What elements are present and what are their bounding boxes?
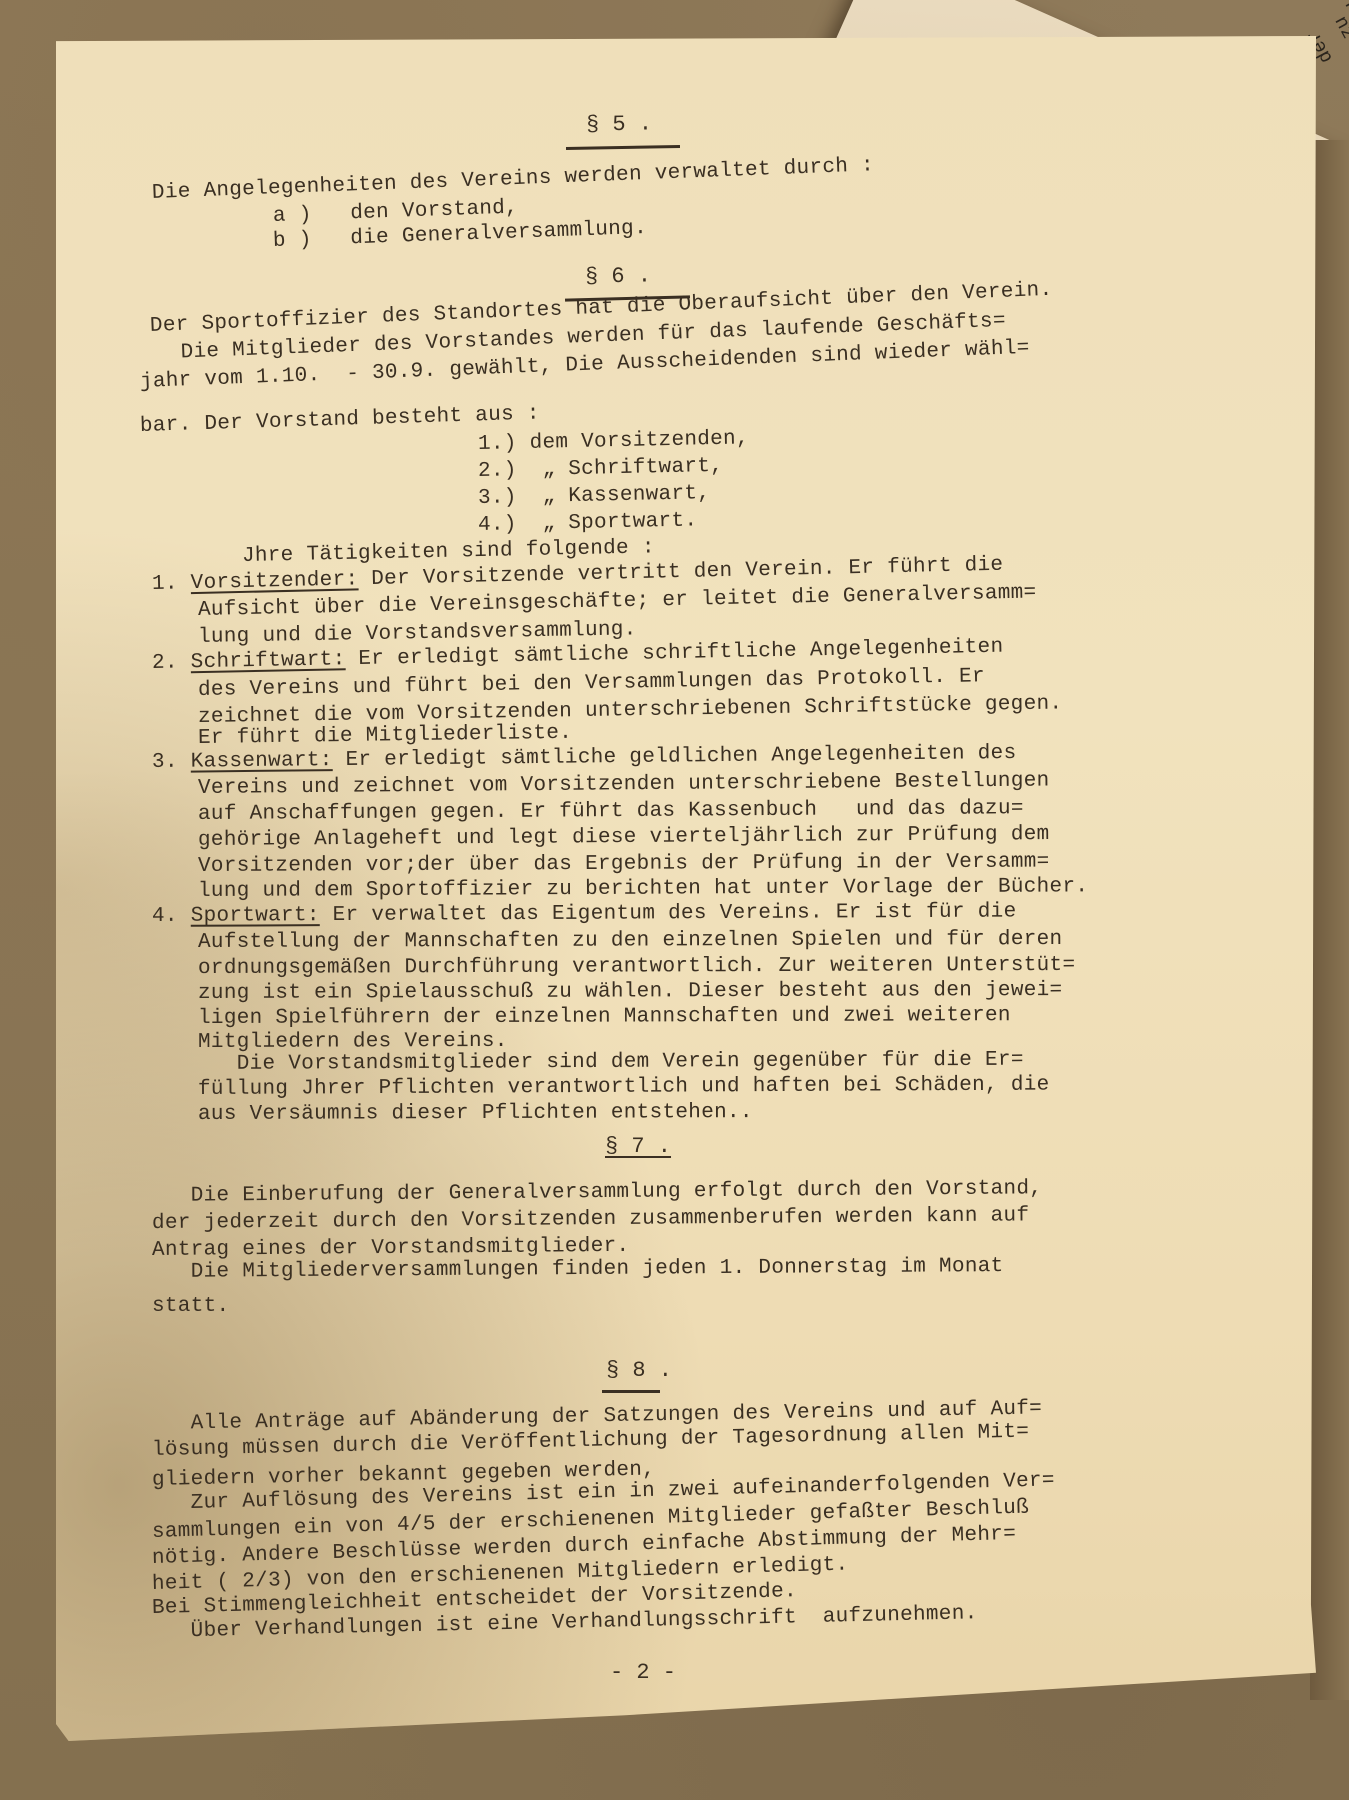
section-6-closing-line: füllung Jhrer Pflichten verantwortlich u… [198, 1075, 1050, 1100]
duty-line: ligen Spielführern der einzelnen Mannsch… [198, 1005, 1011, 1029]
background-paper-word: zu [1331, 13, 1349, 42]
duty-title: Kassenwart: [191, 749, 333, 773]
duty-line: Aufstellung der Mannschaften zu den einz… [198, 929, 1063, 953]
board-member-item: 1.) dem Vorsitzenden, [478, 428, 749, 455]
duty-line: Mitgliedern des Vereins. [198, 1031, 508, 1053]
board-member-item: 2.) „ Schriftwart, [478, 456, 724, 482]
section-8-heading: § 8 . [606, 1358, 672, 1383]
section-7-heading: § 7 . [605, 1134, 671, 1159]
section-8-rule [602, 1390, 660, 1393]
section-6-heading: § 6 . [585, 263, 651, 289]
duty-line: lung und dem Sportoffizier zu berichten … [198, 876, 1088, 902]
duty-number: 2. [152, 652, 178, 675]
background-paper-word: der [1334, 0, 1349, 14]
duty-line: ordnungsgemäßen Durchführung verantwortl… [198, 955, 1075, 979]
page-number: - 2 - [610, 1660, 676, 1685]
duty-title: Sportwart: [191, 904, 320, 928]
section-5-heading: § 5 . [586, 111, 652, 137]
duty-line: Vorsitzenden vor;der über das Ergebnis d… [198, 852, 1050, 877]
duty-title: Vorsitzender: [190, 568, 358, 595]
duty-title: Schriftwart: [190, 648, 345, 674]
board-member-item: 4.) „ Sportwart. [478, 510, 698, 536]
section-6-closing-line: aus Versäumnis dieser Pflichten entstehe… [198, 1102, 753, 1125]
duty-number: 4. [152, 905, 178, 928]
duty-number: 3. [152, 751, 178, 774]
section-7-line: statt. [152, 1296, 229, 1317]
duty-sportwart: 4. Sportwart: Er verwaltet das Eigentum … [152, 901, 1017, 927]
section-6-closing-line: Die Vorstandsmitglieder sind dem Verein … [198, 1050, 1024, 1075]
duty-line: auf Anschaffungen gegen. Er führt das Ka… [198, 798, 1024, 825]
desk-surface-shadow [1310, 140, 1349, 1700]
duty-number: 1. [152, 572, 178, 596]
duty-line: zung ist ein Spielausschuß zu wählen. Di… [198, 980, 1063, 1004]
board-member-item: 3.) „ Kassenwart, [478, 483, 711, 509]
duty-text: Er verwaltet das Eigentum des Vereins. E… [320, 900, 1017, 927]
duty-line: Er führt die Mitgliederliste. [198, 723, 572, 749]
